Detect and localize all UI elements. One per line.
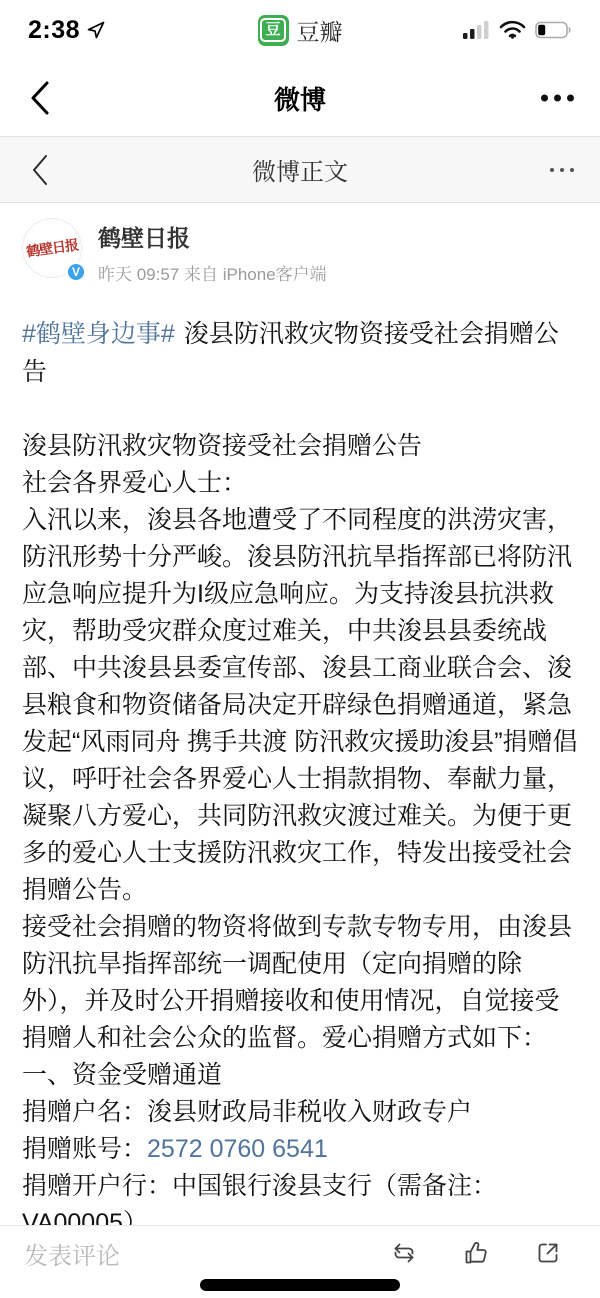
app-return-badge[interactable]: 豆 豆瓣 (258, 14, 343, 47)
verified-badge-icon: V (66, 262, 86, 282)
cellular-signal-icon (462, 20, 490, 40)
navbar-inner-title: 微博正文 (0, 152, 600, 187)
back-button-outer[interactable] (20, 78, 60, 118)
donation-account-number[interactable]: 2572 0760 6541 (147, 1135, 328, 1163)
thumbs-up-button[interactable] (462, 1239, 490, 1267)
wifi-icon (499, 20, 526, 40)
more-button-outer[interactable] (539, 87, 576, 110)
share-button[interactable] (534, 1239, 562, 1267)
post-content: 鹤壁日报 V 鹤壁日报 昨天 09:57 来自 iPhone客户端 #鹤壁身边事… (0, 204, 600, 1225)
post-paragraph: 捐赠账号：2572 0760 6541 (22, 1131, 578, 1168)
author-name[interactable]: 鹤壁日报 (98, 220, 327, 253)
text-segment: 社会各界爱心人士： (22, 469, 247, 497)
text-segment: 浚县防汛救灾物资接受社会捐赠公告 (22, 432, 422, 460)
douban-app-icon: 豆 (258, 15, 289, 46)
text-segment: 一、资金受赠通道 (22, 1061, 222, 1089)
post-header: 鹤壁日报 V 鹤壁日报 昨天 09:57 来自 iPhone客户端 (22, 218, 578, 285)
post-body: 浚县防汛救灾物资接受社会捐赠公告社会各界爱心人士：入汛以来，浚县各地遭受了不同程… (22, 428, 578, 1225)
post-title: #鹤壁身边事#浚县防汛救灾物资接受社会捐赠公告 (22, 315, 578, 391)
douban-app-name: 豆瓣 (297, 14, 343, 47)
ellipsis-icon (541, 95, 548, 102)
home-indicator[interactable] (200, 1279, 400, 1291)
avatar[interactable]: 鹤壁日报 V (22, 218, 82, 278)
navbar-outer: 微博 (0, 60, 600, 136)
post-paragraph: 一、资金受赠通道 (22, 1057, 578, 1094)
post-paragraph: 捐赠户名：浚县财政局非税收入财政专户 (22, 1094, 578, 1131)
status-bar: 2:38 豆 豆瓣 (0, 0, 600, 60)
text-segment: 接受社会捐赠的物资将做到专款专物专用，由浚县防汛抗旱指挥部统一调配使用（定向捐赠… (22, 913, 572, 1052)
status-time: 2:38 (28, 16, 80, 45)
post-paragraph: 社会各界爱心人士： (22, 465, 578, 502)
post-paragraph: 入汛以来，浚县各地遭受了不同程度的洪涝灾害，防汛形势十分严峻。浚县防汛抗旱指挥部… (22, 502, 578, 909)
navbar-outer-title: 微博 (0, 80, 600, 117)
battery-icon (535, 21, 572, 39)
post-paragraph: 接受社会捐赠的物资将做到专款专物专用，由浚县防汛抗旱指挥部统一调配使用（定向捐赠… (22, 909, 578, 1057)
text-segment: 捐赠户名：浚县财政局非税收入财政专户 (22, 1098, 472, 1126)
back-button-inner[interactable] (20, 150, 60, 190)
navbar-inner: 微博正文 (0, 136, 600, 203)
ellipsis-icon (550, 168, 554, 172)
repost-button[interactable] (390, 1239, 418, 1267)
text-segment: 捐赠账号： (22, 1135, 147, 1163)
text-segment: 捐赠开户行：中国银行浚县支行（需备注：VA00005） (22, 1172, 497, 1225)
post-paragraph: 浚县防汛救灾物资接受社会捐赠公告 (22, 428, 578, 465)
post-timestamp: 昨天 09:57 来自 iPhone客户端 (98, 260, 327, 285)
screen: 2:38 豆 豆瓣 (0, 0, 600, 1298)
bottom-toolbar: 发表评论 (0, 1225, 600, 1298)
post-paragraph: 捐赠开户行：中国银行浚县支行（需备注：VA00005） (22, 1168, 578, 1225)
location-arrow-icon (86, 20, 106, 40)
comment-input[interactable]: 发表评论 (24, 1236, 390, 1271)
text-segment: 入汛以来，浚县各地遭受了不同程度的洪涝灾害，防汛形势十分严峻。浚县防汛抗旱指挥部… (22, 506, 578, 904)
hashtag-link[interactable]: #鹤壁身边事# (22, 320, 175, 348)
more-button-inner[interactable] (548, 160, 576, 180)
